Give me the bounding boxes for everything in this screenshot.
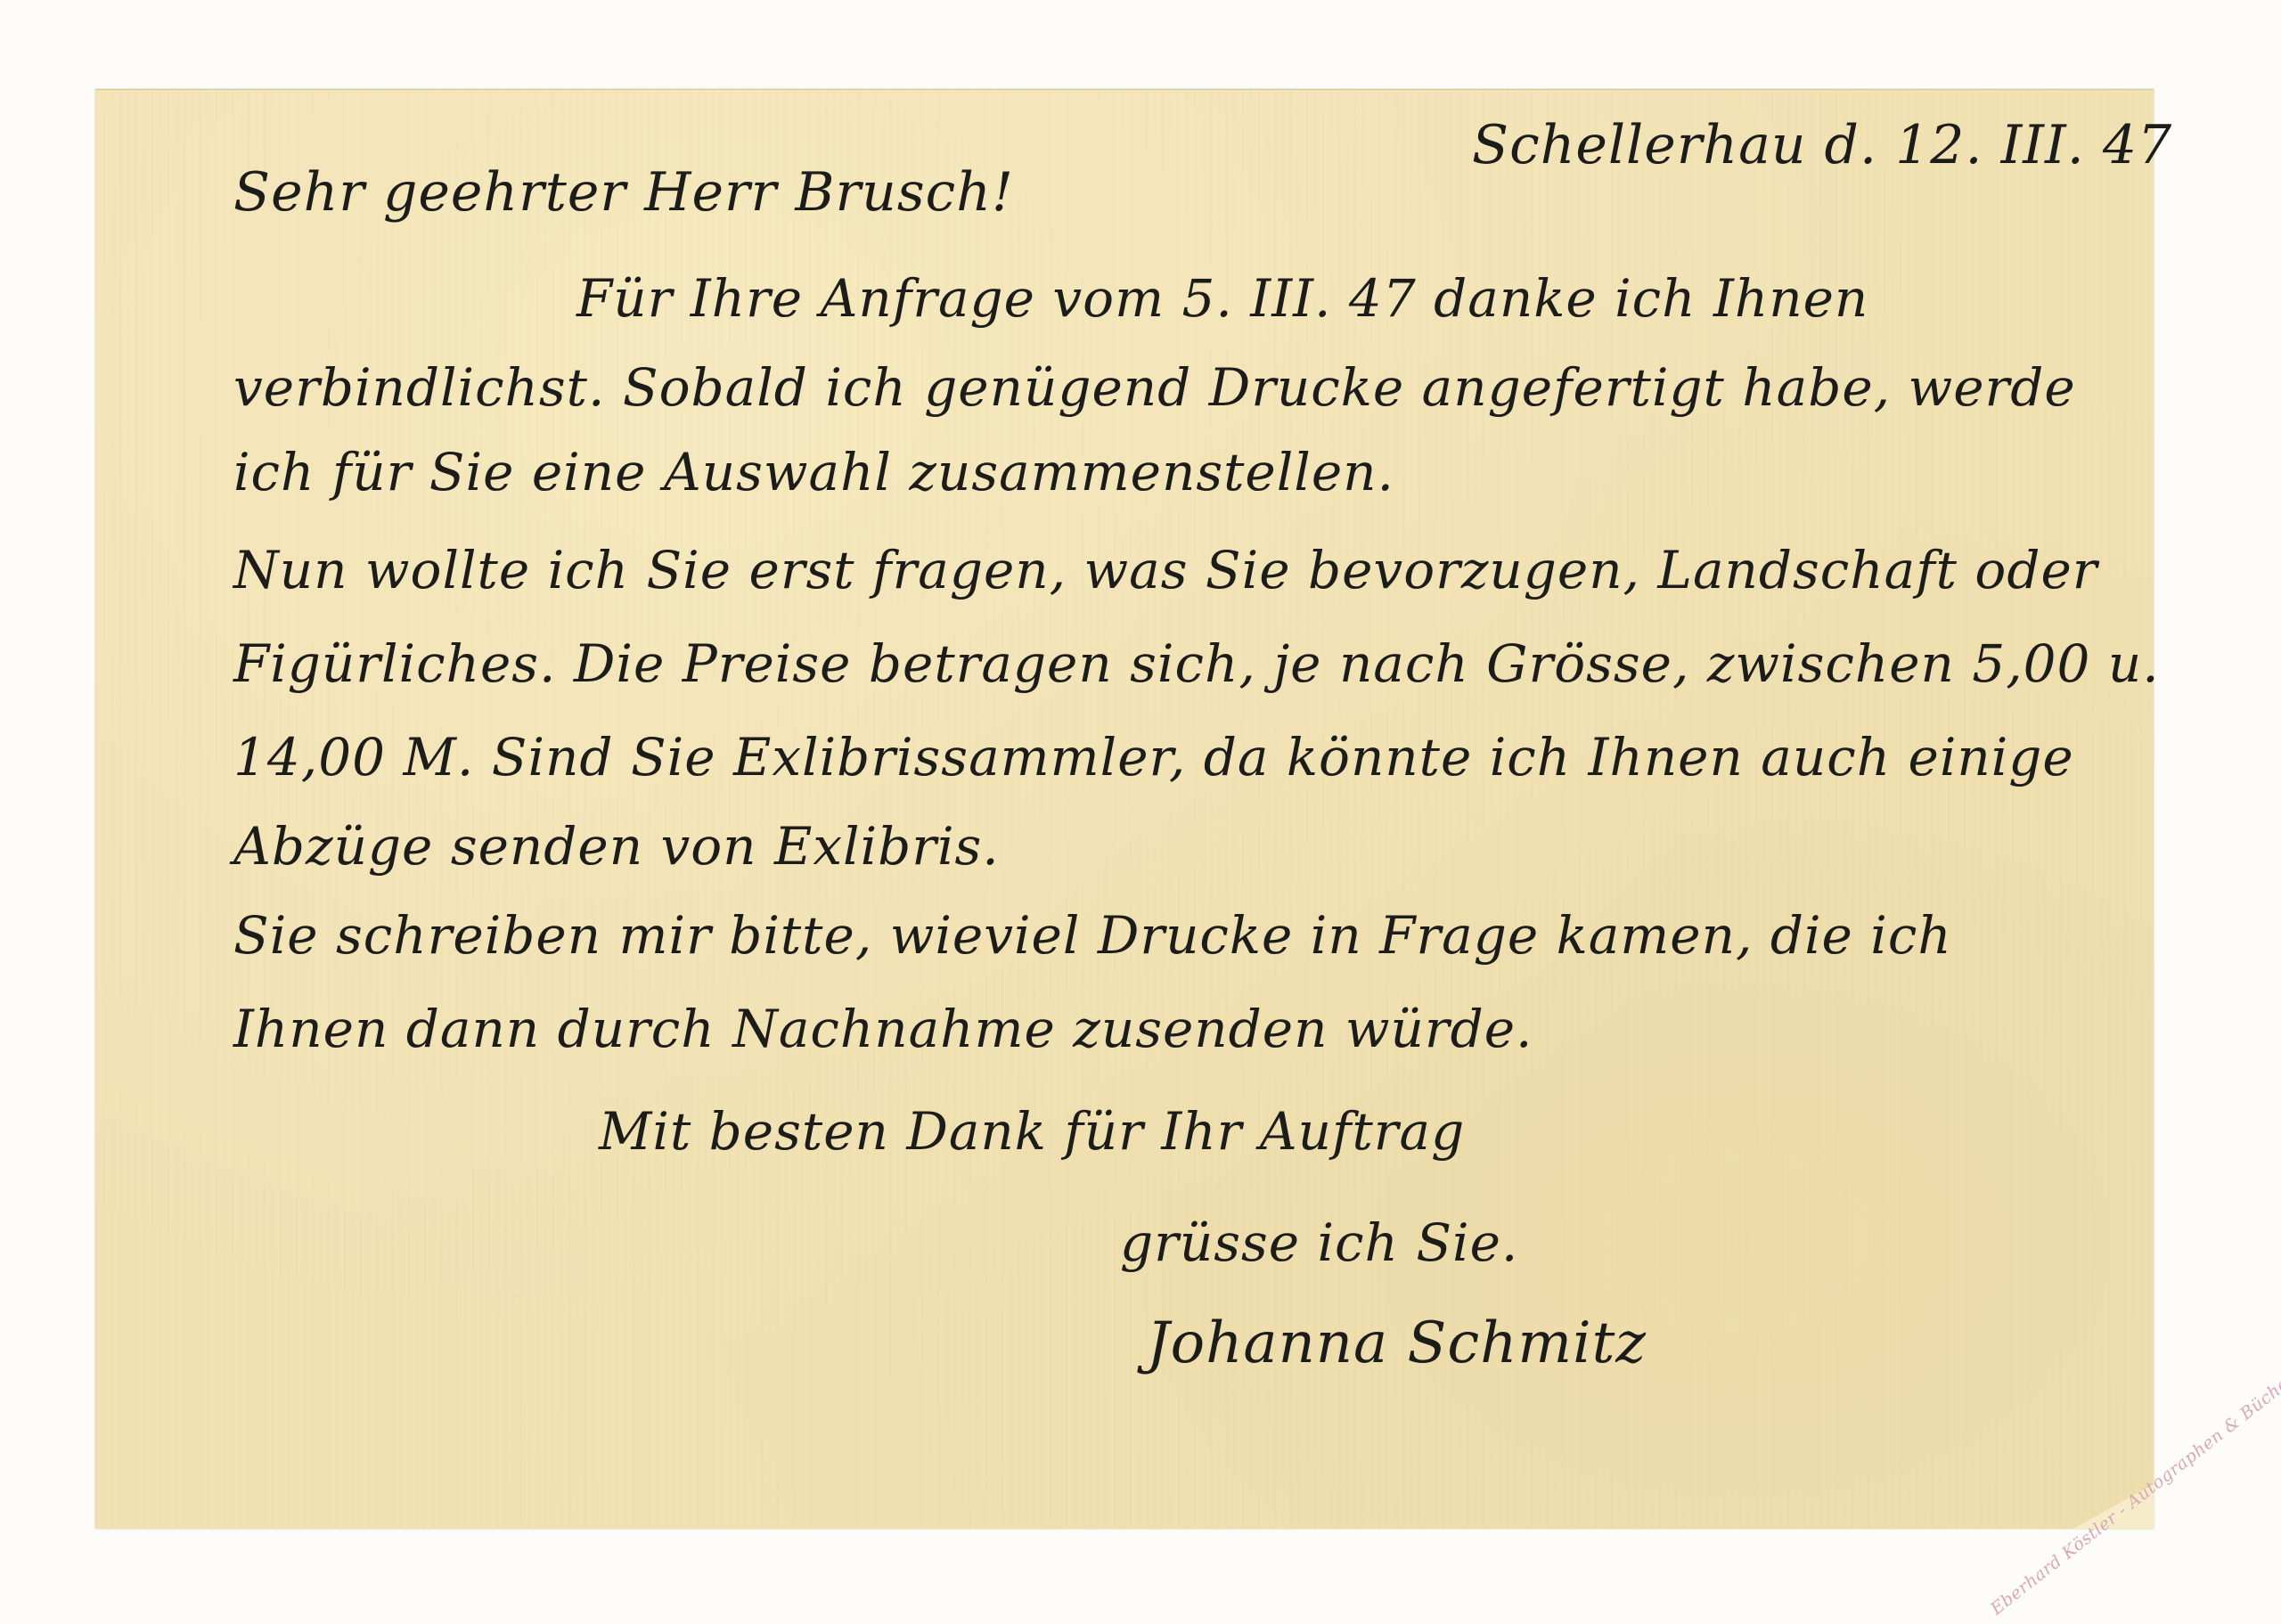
body-line: 14,00 M. Sind Sie Exlibrissammler, da kö…	[233, 731, 2074, 783]
place-date: Schellerhau d. 12. III. 47	[1472, 118, 2172, 172]
body-line: Für Ihre Anfrage vom 5. III. 47 danke ic…	[576, 273, 1868, 324]
body-line: Nun wollte ich Sie erst fragen, was Sie …	[233, 544, 2098, 596]
letter-sheet: Schellerhau d. 12. III. 47 Sehr geehrter…	[95, 89, 2154, 1529]
scan-background: Schellerhau d. 12. III. 47 Sehr geehrter…	[0, 0, 2281, 1624]
closing-line: grüsse ich Sie.	[1120, 1217, 1518, 1269]
body-line: Figürliches. Die Preise betragen sich, j…	[233, 638, 2160, 690]
closing-line: Mit besten Dank für Ihr Auftrag	[599, 1106, 1465, 1157]
body-line: Ihnen dann durch Nachnahme zusenden würd…	[233, 1003, 1533, 1055]
body-line: verbindlichst. Sobald ich genügend Druck…	[233, 362, 2076, 413]
salutation: Sehr geehrter Herr Brusch!	[233, 166, 1014, 219]
body-line: Abzüge senden von Exlibris.	[233, 820, 1000, 872]
body-line: Sie schreiben mir bitte, wieviel Drucke …	[233, 910, 1952, 961]
signature: Johanna Schmitz	[1147, 1315, 1647, 1372]
body-line: ich für Sie eine Auswahl zusammenstellen…	[233, 446, 1394, 498]
